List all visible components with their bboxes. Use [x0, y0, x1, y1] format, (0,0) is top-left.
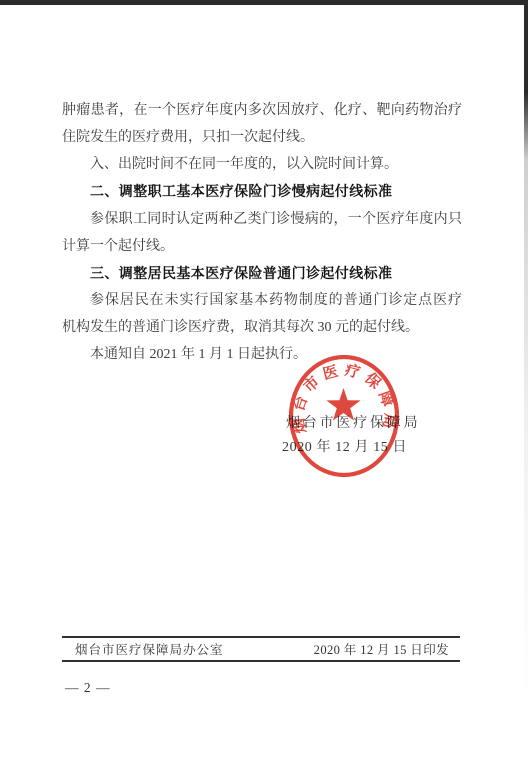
footer-row: 烟台市医疗保障局办公室 2020 年 12 月 15 日印发: [62, 637, 460, 660]
body-line: 肿瘤患者，在一个医疗年度内多次因放疗、化疗、靶向药物治疗: [62, 97, 462, 124]
page-number: — 2 —: [65, 680, 111, 696]
official-seal: 烟台市医疗保障局: [286, 355, 402, 479]
seal-star-icon: [326, 388, 360, 421]
viewer-top-edge: [0, 0, 528, 5]
footer-rule-bottom: [62, 660, 460, 662]
body-line: 计算一个起付线。: [62, 233, 462, 260]
page-edge-shadow: [524, 0, 528, 700]
body-line: 本通知自 2021 年 1 月 1 日起执行。: [62, 341, 462, 368]
body-line: 住院发生的医疗费用，只扣一次起付线。: [62, 124, 462, 151]
document-page: 肿瘤患者，在一个医疗年度内多次因放疗、化疗、靶向药物治疗住院发生的医疗费用，只扣…: [0, 0, 528, 761]
section-heading: 三、调整居民基本医疗保险普通门诊起付线标准: [62, 260, 462, 287]
section-heading: 二、调整职工基本医疗保险门诊慢病起付线标准: [62, 178, 462, 205]
document-body: 肿瘤患者，在一个医疗年度内多次因放疗、化疗、靶向药物治疗住院发生的医疗费用，只扣…: [62, 97, 462, 369]
footer-office: 烟台市医疗保障局办公室: [62, 640, 224, 658]
footer-issue-date: 2020 年 12 月 15 日印发: [314, 640, 460, 658]
body-line: 参保职工同时认定两种乙类门诊慢病的，一个医疗年度内只: [62, 206, 462, 233]
body-line: 入、出院时间不在同一年度的，以入院时间计算。: [62, 151, 462, 178]
body-line: 参保居民在未实行国家基本药物制度的普通门诊定点医疗: [62, 287, 462, 314]
body-line: 机构发生的普通门诊医疗费，取消其每次 30 元的起付线。: [62, 314, 462, 341]
